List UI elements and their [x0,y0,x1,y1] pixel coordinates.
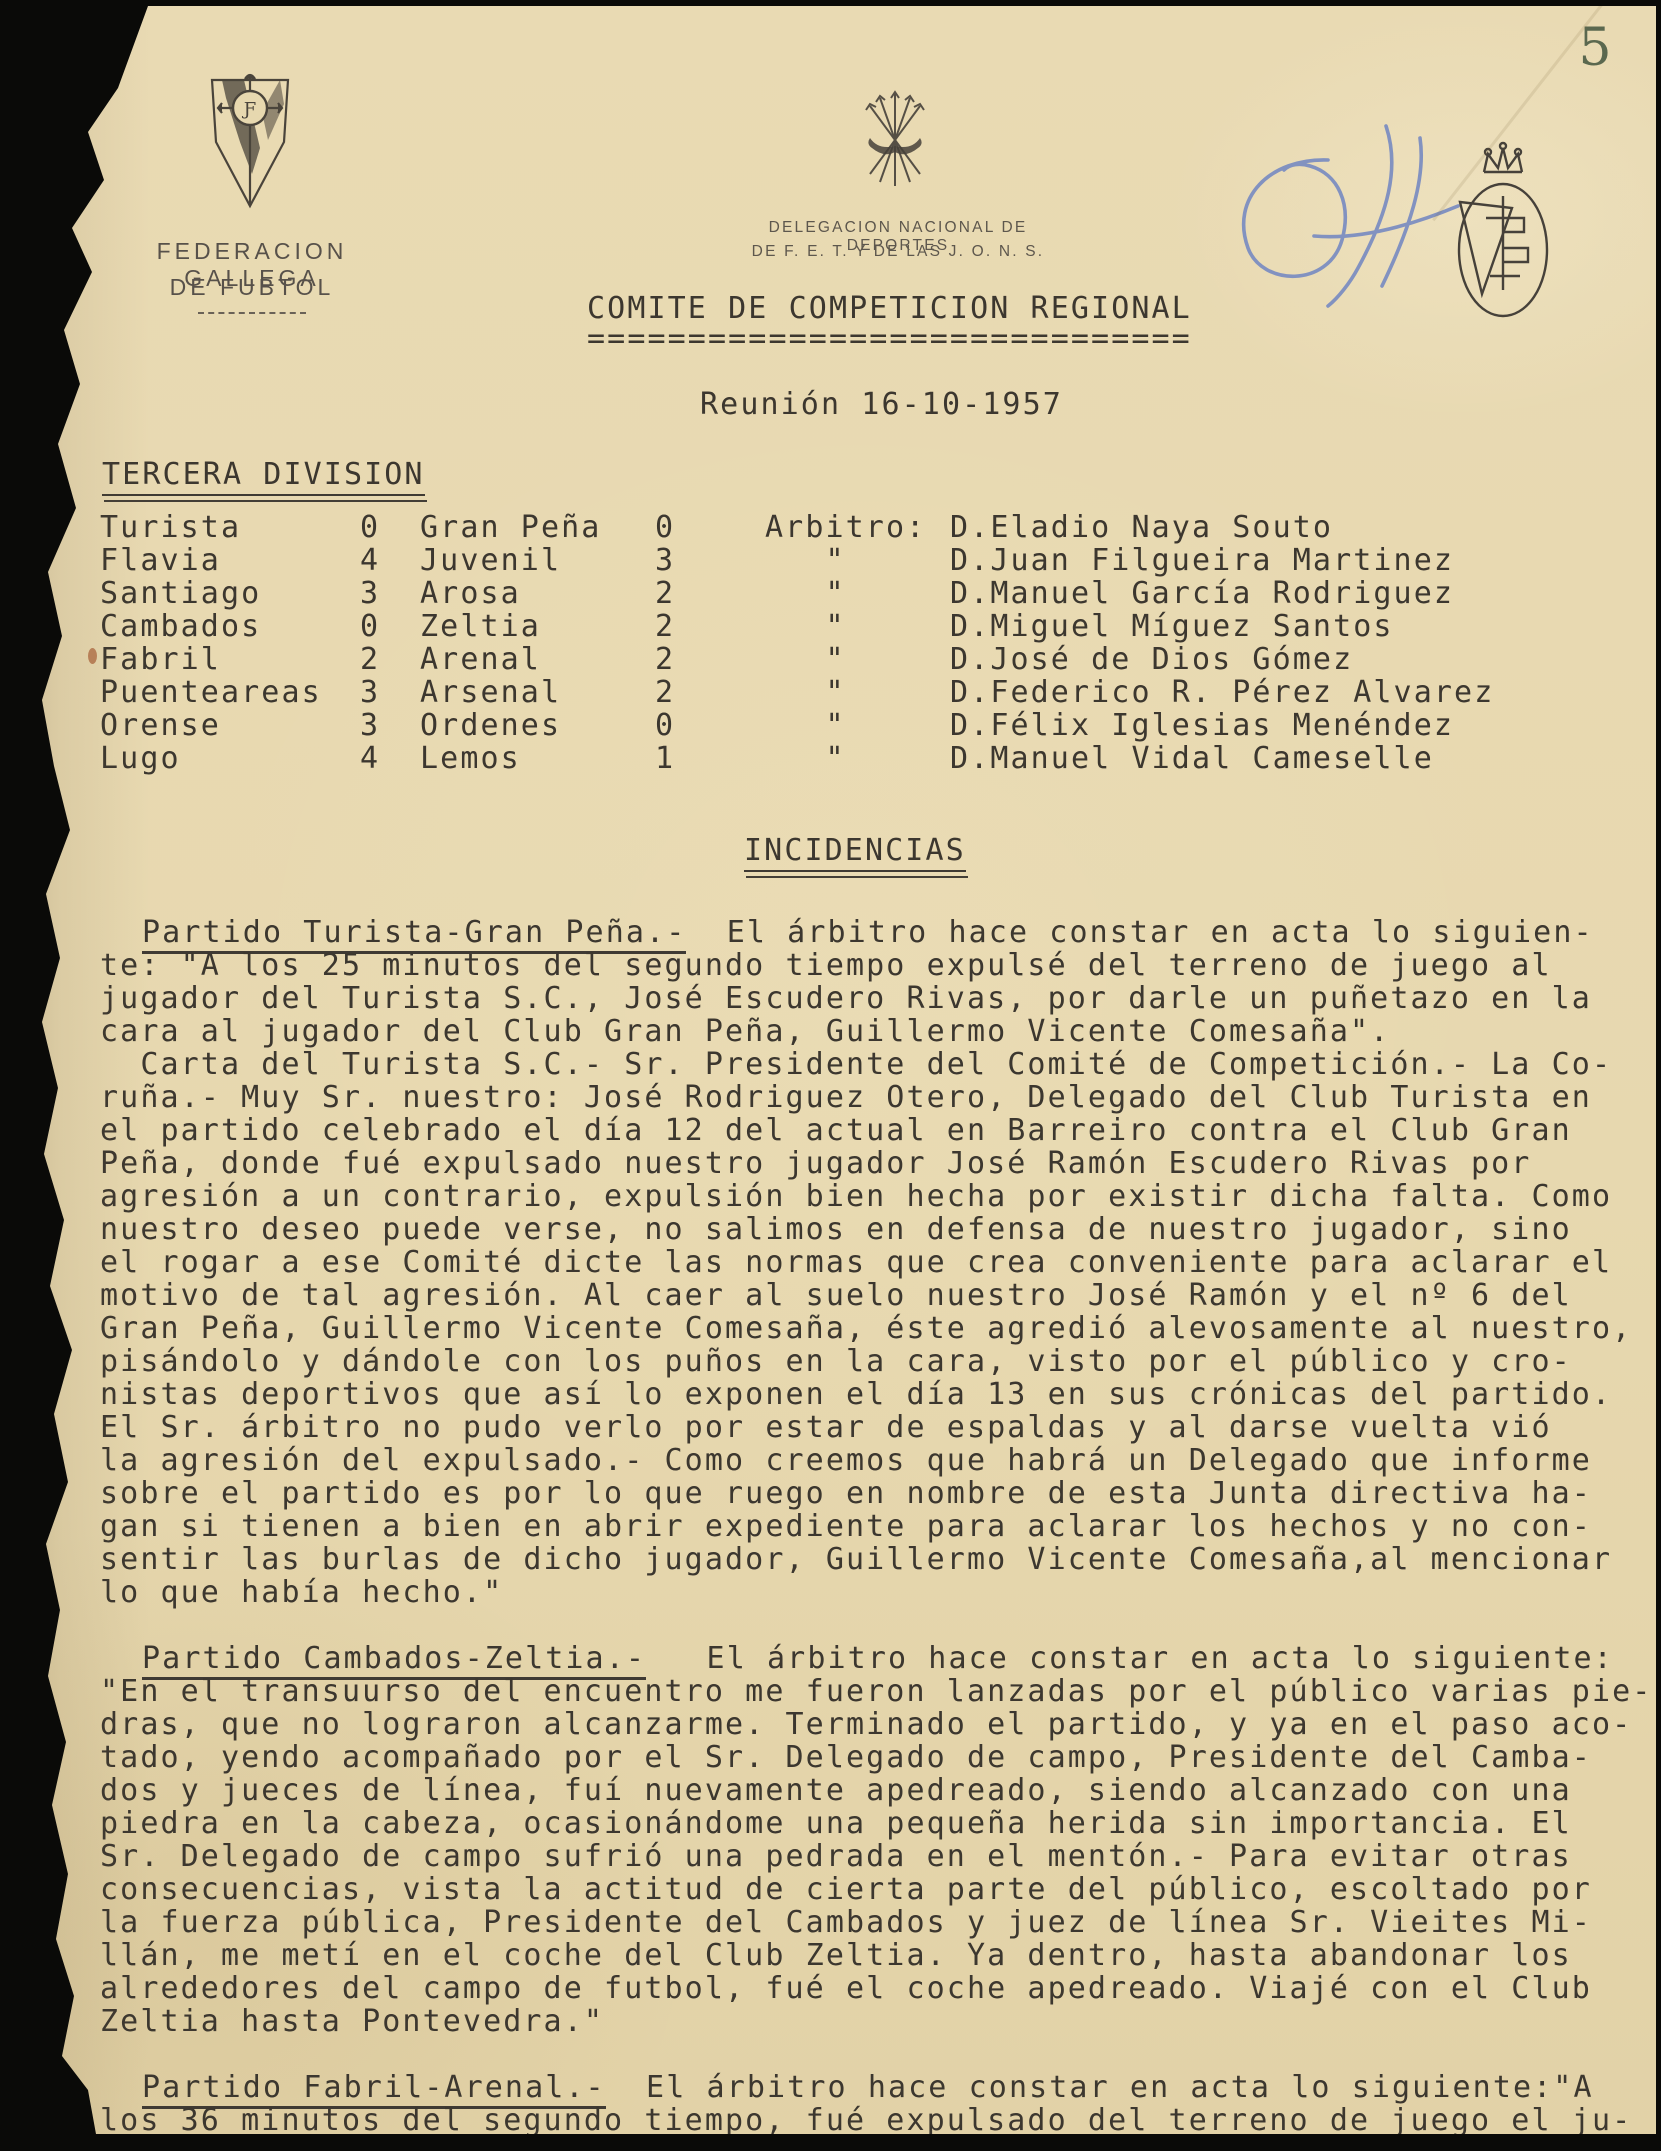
incident-line: nuestro deseo puede verse, no salimos en… [100,1213,1648,1246]
result-home-score: 0 [360,610,420,643]
result-away-score: 2 [655,610,765,643]
incident-line: "En el transuurso del encuentro me fuero… [100,1675,1648,1708]
page-number: 5 [1560,18,1630,78]
incident-line: la agresión del expulsado.- Como creemos… [100,1444,1648,1477]
incident-line: Partido Cambados-Zeltia.- El árbitro hac… [100,1642,1648,1675]
incident-line: tado, yendo acompañado por el Sr. Delega… [100,1741,1648,1774]
result-referee-label: " [765,742,950,775]
incident-line: el rogar a ese Comité dicte las normas q… [100,1246,1648,1279]
result-home-score: 3 [360,676,420,709]
incidents-title: INCIDENCIAS [744,833,966,872]
result-referee-label: Arbitro: [765,511,950,544]
result-row: Santiago3Arosa2 "D.Manuel García Rodrigu… [100,577,1645,610]
result-referee-name: D.José de Dios Gómez [950,643,1645,676]
result-home-score: 4 [360,742,420,775]
incident-line: cara al jugador del Club Gran Peña, Guil… [100,1015,1648,1048]
result-home-team: Puenteareas [100,676,360,709]
incident-line: ruña.- Muy Sr. nuestro: José Rodriguez O… [100,1081,1648,1114]
result-home-team: Fabril [100,643,360,676]
result-row: Lugo4Lemos1 "D.Manuel Vidal Cameselle [100,742,1645,775]
federation-crest-icon [1446,138,1560,336]
incident-line: Peña, donde fué expulsado nuestro jugado… [100,1147,1648,1180]
incident-line: nistas deportivos que así lo exponen el … [100,1378,1648,1411]
result-home-team: Cambados [100,610,360,643]
incident-lead-rest: El árbitro hace constar en acta lo sigui… [646,1641,1614,1676]
result-away-score: 0 [655,709,765,742]
paper-sheet: 5 Ƒ FEDERACION GALLEGA DE FUBTOL [0,0,1661,2151]
result-row: Flavia4Juvenil3 "D.Juan Filgueira Martin… [100,544,1645,577]
federation-gallega-shield-icon: Ƒ [200,70,300,212]
result-home-team: Flavia [100,544,360,577]
result-row: Orense3Ordenes0 "D.Félix Iglesias Menénd… [100,709,1645,742]
result-home-team: Turista [100,511,360,544]
incident-lead-rest: El árbitro hace constar en acta lo sigui… [686,915,1593,950]
result-home-score: 0 [360,511,420,544]
incident-line: los 36 minutos del segundo tiempo, fué e… [100,2104,1648,2137]
result-away-team: Lemos [420,742,655,775]
incident-line: consecuencias, vista la actitud de ciert… [100,1873,1648,1906]
incident-line: Sr. Delegado de campo sufrió una pedrada… [100,1840,1648,1873]
rust-speck [88,648,97,664]
incident-line: Partido Turista-Gran Peña.- El árbitro h… [100,916,1648,949]
result-away-team: Arsenal [420,676,655,709]
incident-line: alrededores del campo de futbol, fué el … [100,1972,1648,2005]
result-referee-label: " [765,676,950,709]
result-away-team: Arosa [420,577,655,610]
result-referee-label: " [765,577,950,610]
section-title-tercera-division: TERCERA DIVISION [102,457,425,496]
result-referee-label: " [765,643,950,676]
incident-line: llán, me metí en el coche del Club Zelti… [100,1939,1648,1972]
result-home-team: Santiago [100,577,360,610]
incident-line: Zeltia hasta Pontevedra." [100,2005,1648,2038]
result-away-team: Arenal [420,643,655,676]
incident-line: te: "A los 25 minutos del segundo tiempo… [100,949,1648,982]
result-away-score: 2 [655,676,765,709]
incident-line: pisándolo y dándole con los puños en la … [100,1345,1648,1378]
result-referee-name: D.Eladio Naya Souto [950,511,1645,544]
result-referee-label: " [765,610,950,643]
incident-line: Carta del Turista S.C.- Sr. Presidente d… [100,1048,1648,1081]
result-away-score: 1 [655,742,765,775]
result-away-team: Zeltia [420,610,655,643]
result-row: Cambados0Zeltia2 "D.Miguel Míguez Santos [100,610,1645,643]
result-home-score: 3 [360,577,420,610]
results-rows: Turista0Gran Peña0Arbitro:D.Eladio Naya … [100,511,1645,775]
incident-line: lo que había hecho." [100,1576,1648,1609]
result-referee-name: D.Juan Filgueira Martinez [950,544,1645,577]
incident-paragraph: Partido Turista-Gran Peña.- El árbitro h… [100,916,1648,1609]
document-title-underline: ============================== [587,322,1192,355]
result-referee-name: D.Federico R. Pérez Alvarez [950,676,1645,709]
incident-line: dos y jueces de línea, fuí nuevamente ap… [100,1774,1648,1807]
result-home-score: 2 [360,643,420,676]
incident-line: piedra en la cabeza, ocasionándome una p… [100,1807,1648,1840]
incident-line: sobre el partido es por lo que ruego en … [100,1477,1648,1510]
result-away-score: 2 [655,577,765,610]
result-row: Turista0Gran Peña0Arbitro:D.Eladio Naya … [100,511,1645,544]
result-referee-name: D.Miguel Míguez Santos [950,610,1645,643]
incident-paragraphs: Partido Turista-Gran Peña.- El árbitro h… [100,916,1648,2137]
incident-line: Gran Peña, Guillermo Vicente Comesaña, é… [100,1312,1648,1345]
meeting-date: Reunión 16-10-1957 [700,388,1063,421]
incident-line: motivo de tal agresión. Al caer al suelo… [100,1279,1648,1312]
result-row: Puenteareas3Arsenal2 "D.Federico R. Pére… [100,676,1645,709]
incident-lead-rest: El árbitro hace constar en acta lo sigui… [606,2070,1594,2105]
result-referee-label: " [765,544,950,577]
letterhead-org-line2: DE FUBTOL [92,274,412,301]
incident-line: El Sr. árbitro no pudo verlo por estar d… [100,1411,1648,1444]
result-away-score: 0 [655,511,765,544]
incident-line: el partido celebrado el día 12 del actua… [100,1114,1648,1147]
result-away-team: Ordenes [420,709,655,742]
incident-line: dras, que no lograron alcanzarme. Termin… [100,1708,1648,1741]
result-home-team: Orense [100,709,360,742]
result-away-score: 2 [655,643,765,676]
scanned-document-page: 5 Ƒ FEDERACION GALLEGA DE FUBTOL [0,0,1661,2151]
result-home-score: 3 [360,709,420,742]
incident-paragraph: Partido Cambados-Zeltia.- El árbitro hac… [100,1642,1648,2038]
incident-line: gan si tienen a bien en abrir expediente… [100,1510,1648,1543]
incident-line: Partido Fabril-Arenal.- El árbitro hace … [100,2071,1648,2104]
result-home-team: Lugo [100,742,360,775]
result-referee-name: D.Félix Iglesias Menéndez [950,709,1645,742]
result-referee-name: D.Manuel García Rodriguez [950,577,1645,610]
incident-line: jugador del Turista S.C., José Escudero … [100,982,1648,1015]
result-row: Fabril2Arenal2 "D.José de Dios Gómez [100,643,1645,676]
incident-line: sentir las burlas de dicho jugador, Guil… [100,1543,1648,1576]
letterhead-delegation-line2: DE F. E. T. Y DE LAS J. O. N. S. [715,243,1081,261]
result-referee-name: D.Manuel Vidal Cameselle [950,742,1645,775]
result-away-team: Juvenil [420,544,655,577]
result-referee-label: " [765,709,950,742]
result-away-team: Gran Peña [420,511,655,544]
incident-line: agresión a un contrario, expulsión bien … [100,1180,1648,1213]
result-away-score: 3 [655,544,765,577]
incident-line: la fuerza pública, Presidente del Cambad… [100,1906,1648,1939]
svg-text:Ƒ: Ƒ [242,99,257,120]
letterhead-rule [198,312,306,314]
result-home-score: 4 [360,544,420,577]
yoke-and-arrows-icon [858,88,932,192]
incident-paragraph: Partido Fabril-Arenal.- El árbitro hace … [100,2071,1648,2137]
